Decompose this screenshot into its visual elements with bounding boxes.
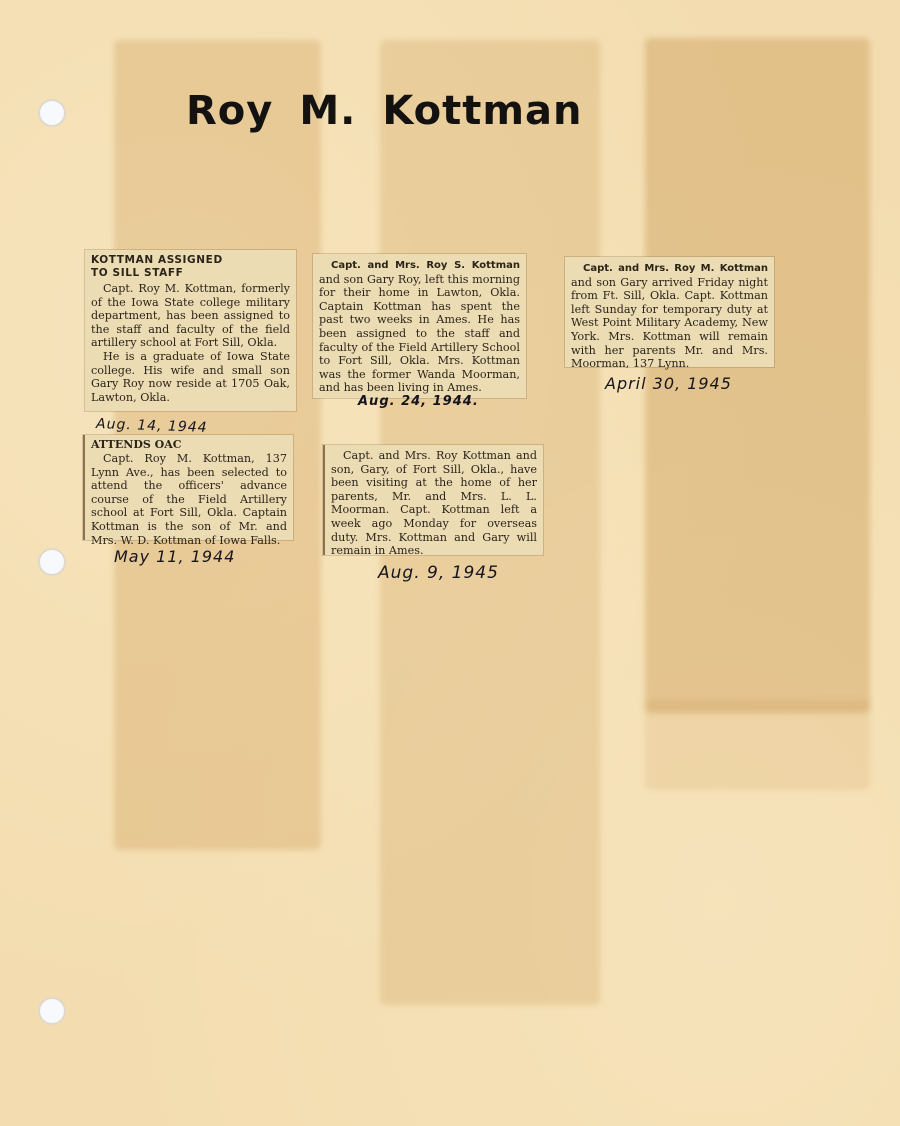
clipping-west-point-duty: Capt. and Mrs. Roy M. Kottman and son Ga… [565, 257, 774, 367]
clipping-overseas-duty: Capt. and Mrs. Roy Kottman and son, Gary… [323, 445, 543, 555]
handwritten-date: May 11, 1944 [114, 547, 235, 566]
clipping-lead: Capt. and Mrs. Roy M. Kottman [583, 263, 768, 274]
handwritten-date: Aug. 14, 1944 [96, 416, 208, 436]
title-initial: M. [299, 88, 356, 134]
clipping-left-for-lawton: Capt. and Mrs. Roy S. Kottman and son Ga… [313, 254, 526, 398]
clipping-assigned-to-sill-staff: KOTTMAN ASSIGNED TO SILL STAFF Capt. Roy… [85, 250, 296, 411]
handwritten-date: April 30, 1945 [605, 374, 732, 393]
headline-line: KOTTMAN ASSIGNED [91, 254, 290, 267]
handwritten-date: Aug. 9, 1945 [378, 563, 499, 583]
clipping-headline: KOTTMAN ASSIGNED TO SILL STAFF [91, 254, 290, 280]
binder-punch-hole-bottom [38, 997, 66, 1025]
clipping-paragraph: Capt. Roy M. Kottman, 137 Lynn Ave., has… [91, 452, 287, 547]
binder-punch-hole-top [38, 99, 66, 127]
clipping-paragraph: Capt. Roy M. Kottman, formerly of the Io… [91, 282, 290, 350]
title-first-name: Roy [186, 88, 273, 134]
clipping-paragraph: and son Gary arrived Friday night from F… [571, 276, 768, 371]
clipping-paragraph: Capt. and Mrs. Roy Kottman and son, Gary… [331, 449, 537, 558]
clipping-attends-oac: ATTENDS OAC Capt. Roy M. Kottman, 137 Ly… [83, 435, 293, 540]
clipping-lead: Capt. and Mrs. Roy S. Kottman [331, 260, 520, 271]
clipping-paragraph: He is a graduate of Iowa State college. … [91, 350, 290, 404]
sun-faded-band-right-lower [645, 700, 870, 790]
title-surname: Kottman [382, 88, 582, 134]
clipping-headline: ATTENDS OAC [91, 439, 287, 451]
page-title: RoyM.Kottman [186, 88, 626, 134]
handwritten-date: Aug. 24, 1944. [358, 394, 479, 409]
headline-line: TO SILL STAFF [91, 267, 290, 280]
clipping-paragraph: and son Gary Roy, left this morning for … [319, 273, 520, 395]
binder-punch-hole-middle [38, 548, 66, 576]
